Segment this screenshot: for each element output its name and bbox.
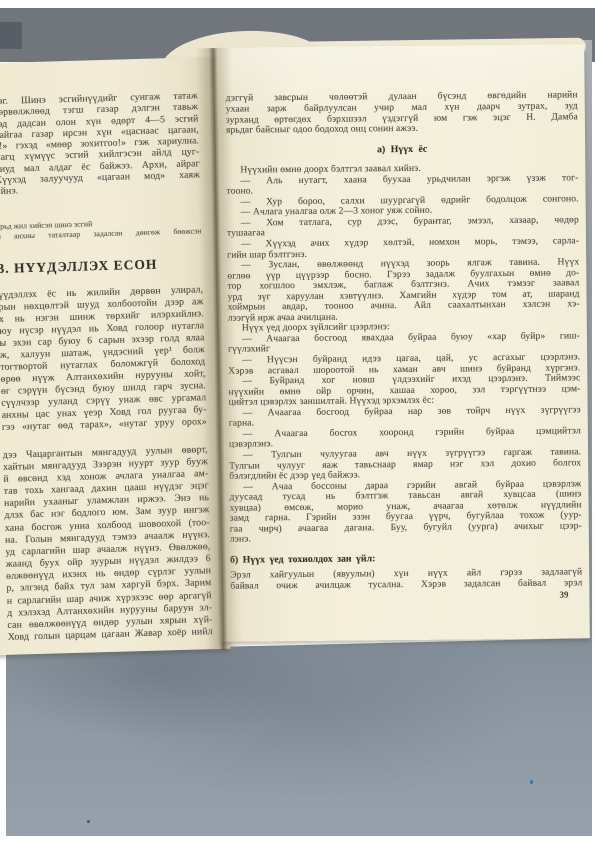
closing-paragraph: Эрэл хайгуулын (явуулын) хүн нүүх айл гэ… [230,567,582,592]
left-page: дэг. Шинэ эсгийнүүдийг сунгаж татаждөрвө… [0,57,230,655]
dust-speck [87,820,90,823]
intro-paragraph: дэггүй завсрын чөлөөтэй дулаан бүсэнд өв… [226,90,578,137]
body-paragraphs: Нүүхийн өмнө доорх бэлтгэл заавал хийнэ.… [226,162,582,545]
right-page: дэггүй завсрын чөлөөтэй дулаан бүсэнд өв… [215,44,590,642]
text-line: ярьдаг байсныг одоо бодоход онц сонин аж… [226,123,578,137]
subheading-b: б) Нүүх үед тохиолдох зан үйл: [230,551,582,565]
left-paragraph-2: үүдэллэх ёс нь жилийн дөрвөн улирал,рын … [0,284,207,434]
left-page-text: дэг. Шинэ эсгийнүүдийг сунгаж татаждөрвө… [0,90,213,644]
section-heading: 3. НҮҮДЭЛЛЭХ ЕСОН [0,255,203,277]
scanned-book-photo: дэг. Шинэ эсгийнүүдийг сунгаж татаждөрвө… [0,0,595,842]
left-paragraph-1: дэг. Шинэ эсгийнүүдийг сунгаж татаждөрвө… [0,90,200,197]
left-footnote: урьд жил хийсэн шинэ эсгийй анхны таталт… [0,216,202,243]
left-paragraph-3: дээ Чацаргантын мянгадууд уулын өвөрт,ха… [3,444,213,644]
scanner-background-bottom [6,638,592,836]
page-number: 39 [230,590,582,603]
subheading-a: а) Нүүх ёс [226,142,578,156]
ink-speck [530,780,533,784]
scanner-shadow-square [0,22,22,49]
right-page-text: дэггүй завсрын чөлөөтэй дулаан бүсэнд өв… [226,90,583,603]
